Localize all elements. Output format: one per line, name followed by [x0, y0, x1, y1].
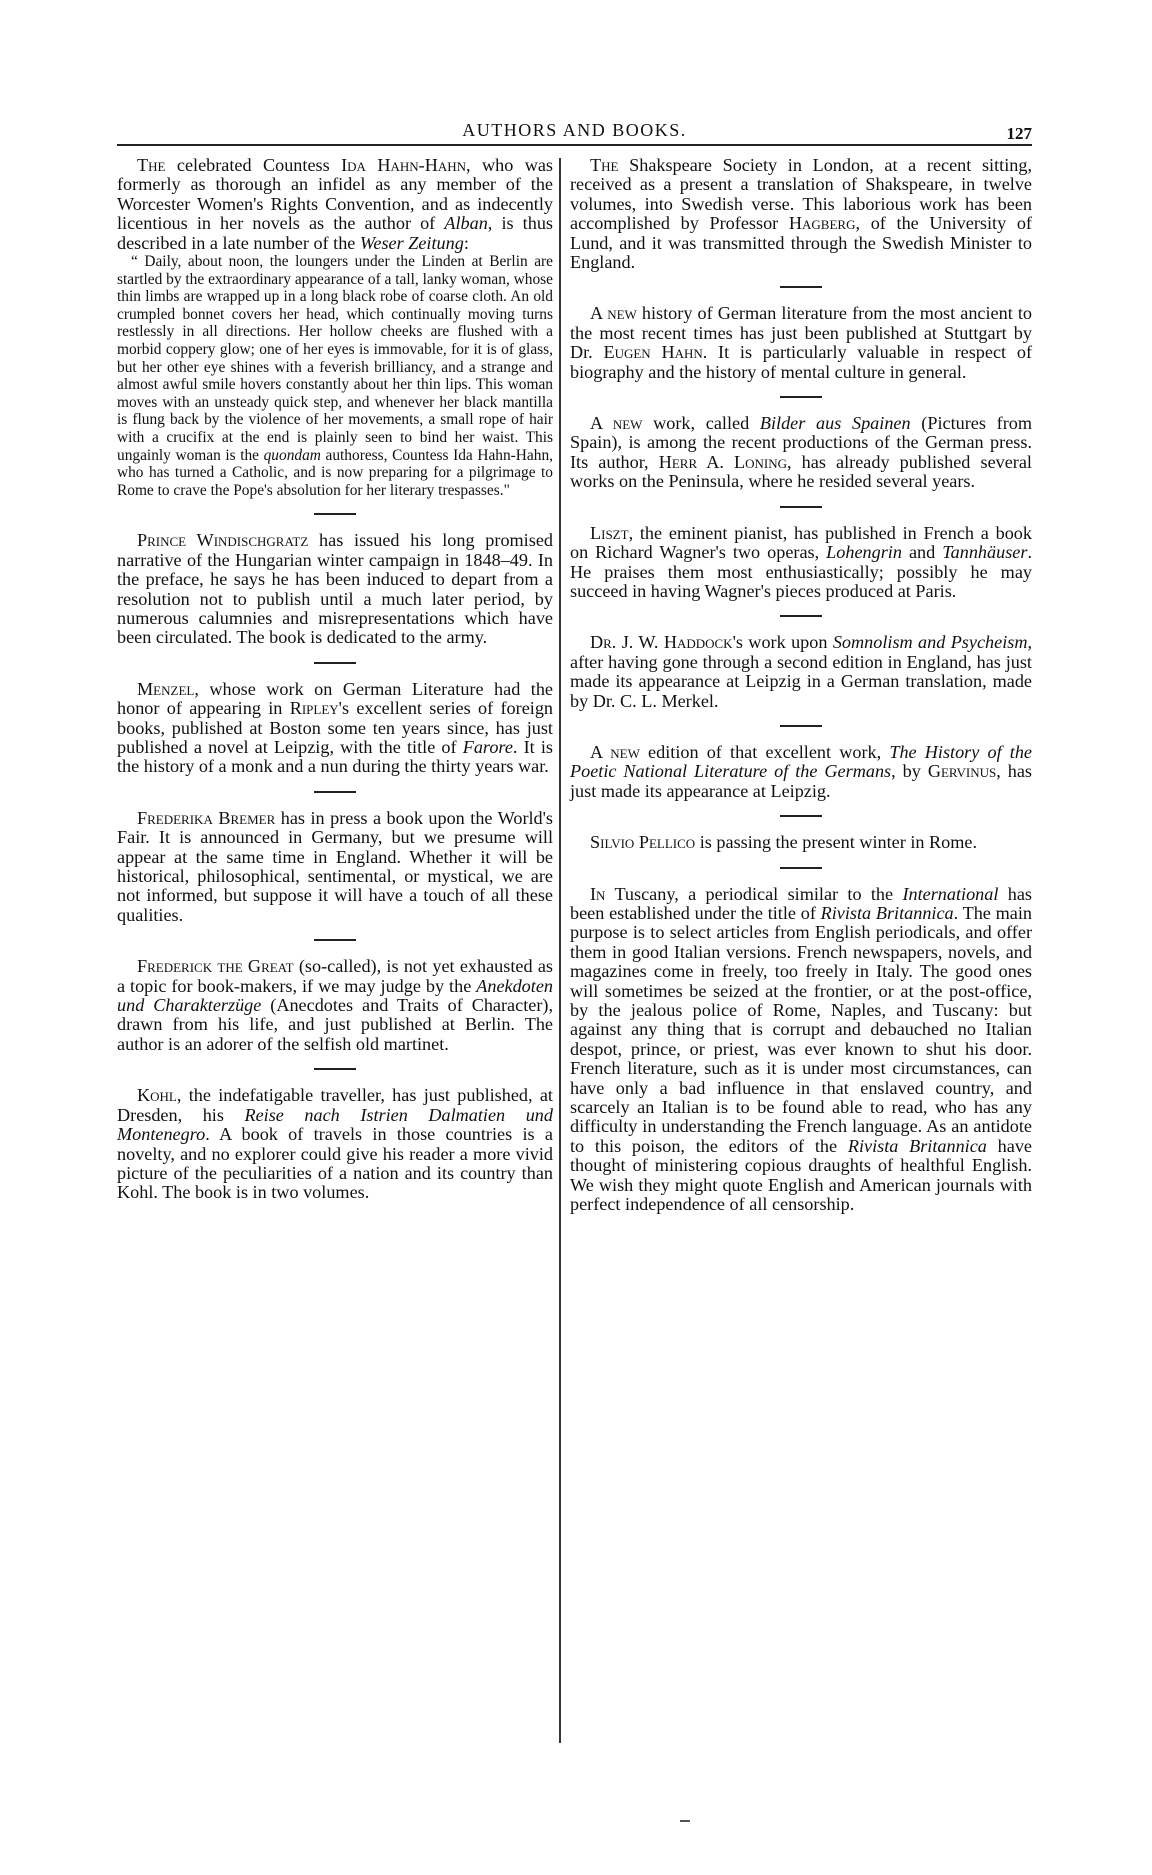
- person-name: Dr. J. W. Haddock: [590, 632, 733, 652]
- section-divider: [314, 791, 356, 793]
- page-header: AUTHORS AND BOOKS. 127: [117, 116, 1032, 146]
- person-name: Gervinus: [928, 761, 996, 781]
- article-bremer: Frederika Bremer has in press a book upo…: [117, 809, 553, 925]
- work-title: International: [902, 884, 998, 904]
- work-title: Rivista Britannica: [821, 903, 954, 923]
- section-divider: [780, 286, 822, 288]
- person-name: Frederick the Great: [137, 956, 294, 976]
- print-mark: [680, 1820, 690, 1822]
- article-spain: A new work, called Bilder aus Spainen (P…: [570, 414, 1032, 492]
- person-name: Ida Hahn-Hahn: [341, 155, 466, 175]
- person-name: Kohl: [137, 1085, 177, 1105]
- work-title: Bilder aus Spainen: [760, 413, 911, 433]
- person-name: Prince Windischgratz: [137, 530, 308, 550]
- article-gervinus: A new edition of that excellent work, Th…: [570, 743, 1032, 801]
- section-divider: [314, 513, 356, 515]
- section-divider: [780, 867, 822, 869]
- person-name: Liszt: [590, 523, 629, 543]
- article-windischgratz: Prince Windischgratz has issued his long…: [117, 531, 553, 647]
- work-title: Alban: [444, 213, 487, 233]
- person-name: Herr A. Loning: [659, 452, 787, 472]
- person-name: Silvio Pellico: [590, 832, 695, 852]
- work-title: Tannhäuser: [942, 542, 1027, 562]
- right-column: The Shakspeare Society in London, at a r…: [570, 156, 1032, 1214]
- section-divider: [314, 939, 356, 941]
- column-divider: [559, 158, 561, 1743]
- article-menzel: Menzel, whose work on German Literature …: [117, 680, 553, 777]
- person-name: Menzel: [137, 679, 194, 699]
- article-haddock: Dr. J. W. Haddock's work upon Somnolism …: [570, 633, 1032, 711]
- work-title: Somnolism and Psycheism: [833, 632, 1028, 652]
- article-hahn-quote: “ Daily, about noon, the loungers under …: [117, 253, 553, 499]
- work-title: Lohengrin: [826, 542, 902, 562]
- section-divider: [780, 815, 822, 817]
- section-divider: [780, 396, 822, 398]
- section-divider: [780, 506, 822, 508]
- article-hahn: The celebrated Countess Ida Hahn-Hahn, w…: [117, 156, 553, 253]
- work-title: Rivista Britannica: [848, 1136, 987, 1156]
- person-name: Frederika Bremer: [137, 808, 275, 828]
- work-title: Farore: [463, 737, 513, 757]
- header-rule: [117, 144, 1032, 146]
- article-shakspeare: The Shakspeare Society in London, at a r…: [570, 156, 1032, 272]
- section-divider: [780, 725, 822, 727]
- article-pellico: Silvio Pellico is passing the present wi…: [570, 833, 1032, 852]
- page-number: 127: [1007, 124, 1033, 144]
- running-title: AUTHORS AND BOOKS.: [117, 120, 1032, 141]
- article-frederick: Frederick the Great (so-called), is not …: [117, 957, 553, 1054]
- newspaper-title: Weser Zeitung: [360, 233, 464, 253]
- person-name: Hagberg: [789, 213, 856, 233]
- left-column: The celebrated Countess Ida Hahn-Hahn, w…: [117, 156, 553, 1203]
- person-name: Eugen Hahn: [603, 342, 702, 362]
- section-divider: [314, 662, 356, 664]
- article-german-history: A new history of German literature from …: [570, 304, 1032, 382]
- section-divider: [780, 615, 822, 617]
- article-kohl: Kohl, the indefatigable traveller, has j…: [117, 1086, 553, 1202]
- section-divider: [314, 1068, 356, 1070]
- article-tuscany: In Tuscany, a periodical similar to the …: [570, 885, 1032, 1215]
- article-liszt: Liszt, the eminent pianist, has publishe…: [570, 524, 1032, 602]
